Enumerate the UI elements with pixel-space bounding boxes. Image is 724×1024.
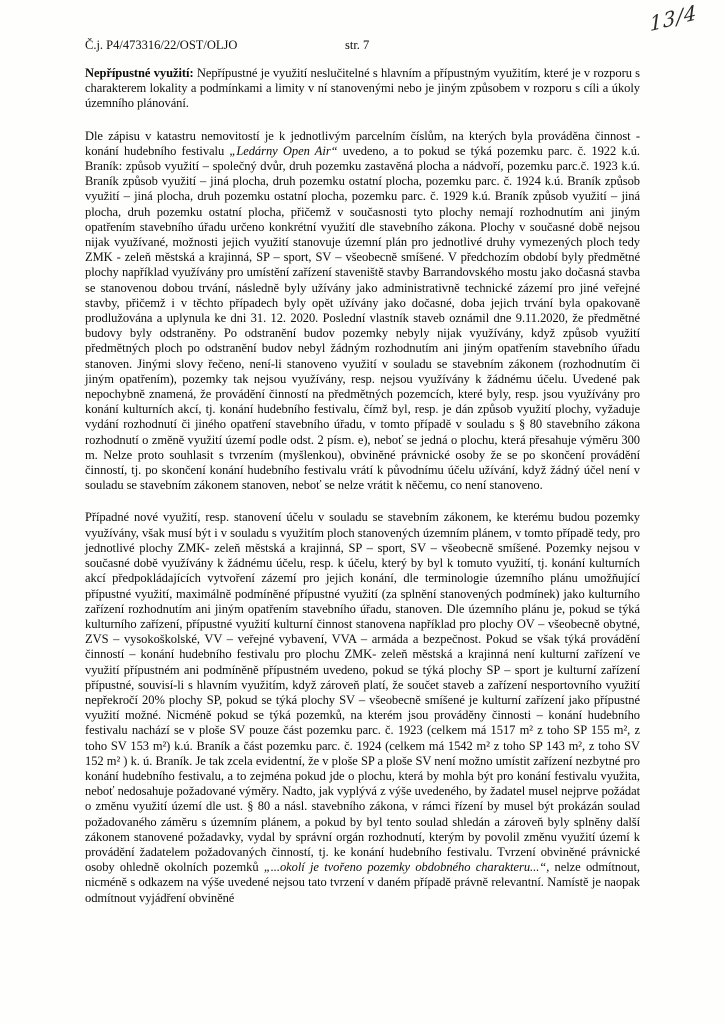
page-header: Č.j. P4/473316/22/OST/OLJO str. 7 (85, 38, 640, 53)
paragraph: Případné nové využití, resp. stanovení ú… (85, 510, 640, 905)
case-number: Č.j. P4/473316/22/OST/OLJO (85, 38, 237, 52)
paragraph: Nepřípustné využití: Nepřípustné je využ… (85, 66, 640, 112)
text-segment-italic: „...okolí je tvořeno pozemky obdobného c… (264, 860, 546, 874)
text-segment-bold: Nepřípustné využití: (85, 66, 194, 80)
paragraph: Dle zápisu v katastru nemovitostí je k j… (85, 129, 640, 494)
text-segment-italic: „Ledárny Open Air“ (229, 144, 337, 158)
scanned-page: 13/4 Č.j. P4/473316/22/OST/OLJO str. 7 N… (0, 0, 724, 1024)
handwritten-note: 13/4 (649, 0, 697, 36)
document-body: Nepřípustné využití: Nepřípustné je využ… (85, 66, 640, 923)
text-segment-normal: Případné nové využití, resp. stanovení ú… (85, 510, 640, 874)
page-number: str. 7 (345, 38, 369, 53)
text-segment-normal: uvedeno, a to pokud se týká pozemku parc… (85, 144, 640, 492)
